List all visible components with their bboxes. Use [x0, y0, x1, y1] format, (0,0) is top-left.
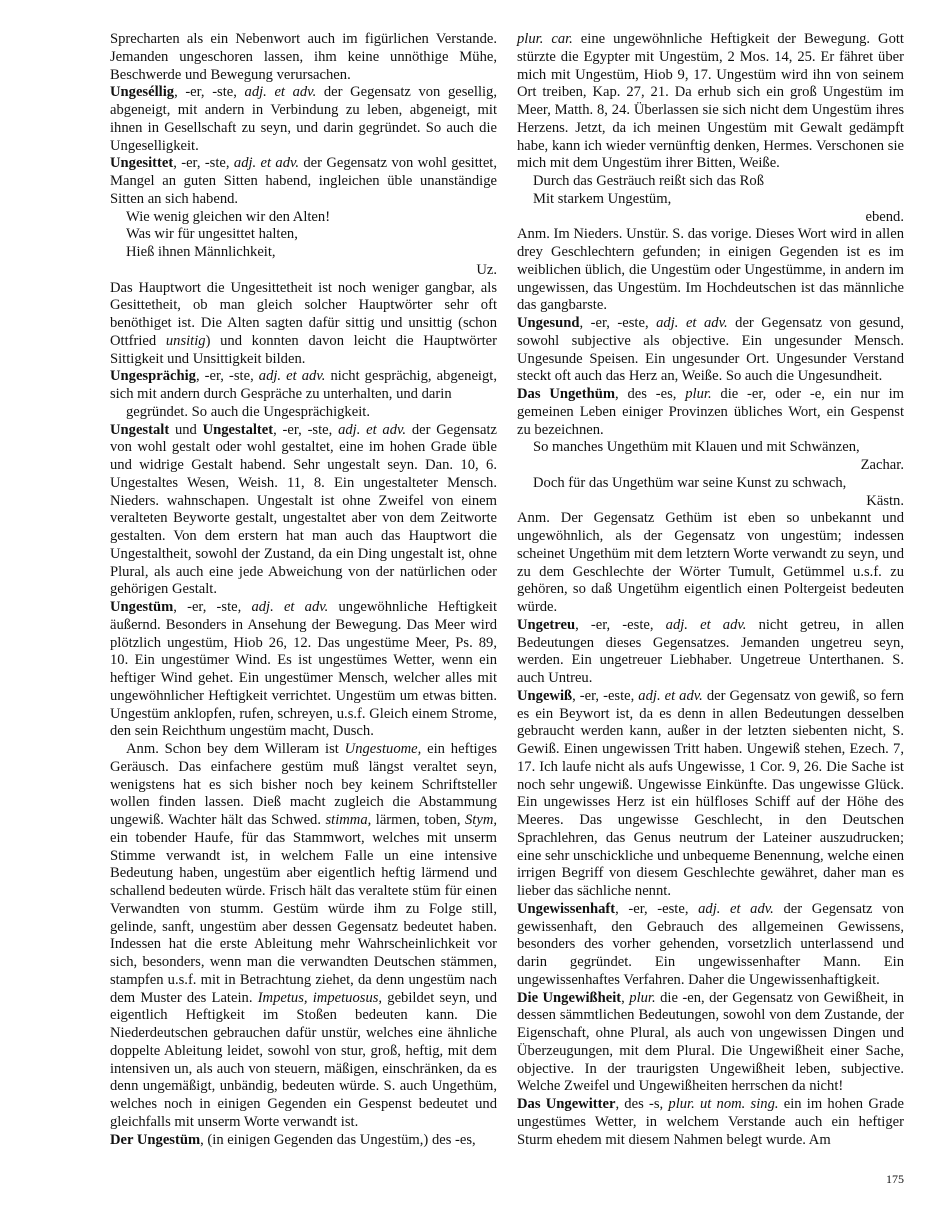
text-run: der Gegensatz von wohl gestalt oder wohl…	[110, 422, 497, 598]
italic-term: adj. et adv.	[259, 368, 326, 384]
body-paragraph: plur. car. eine ungewöhnliche Heftigkeit…	[517, 31, 904, 173]
text-run: , des -es,	[615, 386, 685, 402]
dictionary-entry: Der Ungestüm, (in einigen Gegenden das U…	[110, 1132, 497, 1150]
left-column: Sprecharten als ein Nebenwort auch im fi…	[110, 31, 497, 1149]
italic-term: adj. et adv.	[666, 617, 747, 633]
text-run: Mit starkem Ungestüm,	[533, 191, 671, 207]
headword: Das Ungethüm	[517, 386, 615, 402]
verse-line: Was wir für ungesittet halten,	[110, 226, 497, 244]
headword: Ungestüm	[110, 599, 173, 615]
dictionary-entry: Ungestüm, -er, -ste, adj. et adv. ungewö…	[110, 599, 497, 741]
italic-term: Stym,	[465, 812, 497, 828]
dictionary-entry: Die Ungewißheit, plur. die -en, der Gege…	[517, 990, 904, 1097]
text-run: ungewöhnliche Heftigkeit äußernd. Besond…	[110, 599, 497, 739]
text-run: Durch das Gesträuch reißt sich das Roß	[533, 173, 764, 189]
source-citation: ebend.	[517, 209, 904, 227]
dictionary-entry: Ungewissenhaft, -er, -este, adj. et adv.…	[517, 901, 904, 990]
text-run: , (in einigen Gegenden das Ungestüm,) de…	[200, 1132, 476, 1148]
text-run: Anm. Der Gegensatz Gethüm ist eben so un…	[517, 510, 904, 615]
italic-term: stimma,	[325, 812, 371, 828]
dictionary-entry: Ungesprächig, -er, -ste, adj. et adv. ni…	[110, 368, 497, 404]
text-run: , -er, -este,	[615, 901, 698, 917]
italic-term: adj. et adv.	[656, 315, 728, 331]
headword: Ungesittet	[110, 155, 173, 171]
text-run: Hieß ihnen Männlichkeit,	[126, 244, 276, 260]
text-run: , -er, -ste,	[196, 368, 259, 384]
text-run: der Gegensatz von gewiß, so fern es ein …	[517, 688, 904, 899]
text-run: , -er, -ste,	[273, 422, 338, 438]
source-citation: Zachar.	[517, 457, 904, 475]
dictionary-entry: Ungesund, -er, -este, adj. et adv. der G…	[517, 315, 904, 386]
source-citation: Kästn.	[517, 493, 904, 511]
dictionary-entry: Das Ungewitter, des -s, plur. ut nom. si…	[517, 1096, 904, 1149]
text-run: So manches Ungethüm mit Klauen und mit S…	[533, 439, 860, 455]
italic-term: Ungestuome,	[345, 741, 422, 757]
italic-term: plur. car.	[517, 31, 573, 47]
verse-line: Durch das Gesträuch reißt sich das Roß	[517, 173, 904, 191]
text-run: , -er, -ste,	[173, 155, 234, 171]
verse-line: Hieß ihnen Männlichkeit,	[110, 244, 497, 262]
headword: Der Ungestüm	[110, 1132, 200, 1148]
annotation-paragraph: Anm. Schon bey dem Willeram ist Ungestuo…	[110, 741, 497, 1132]
italic-term: plur. ut nom. sing.	[668, 1096, 778, 1112]
italic-term: adj. et adv.	[338, 422, 406, 438]
text-run: Kästn.	[866, 493, 904, 509]
text-run: , -er, -este,	[575, 617, 666, 633]
italic-term: adj. et adv.	[251, 599, 328, 615]
italic-term: adj. et adv.	[234, 155, 299, 171]
continuation-line: gegründet. So auch die Ungesprächigkeit.	[110, 404, 497, 422]
headword: Ungesprächig	[110, 368, 196, 384]
italic-term: unsitig	[166, 333, 206, 349]
dictionary-entry: Ungestalt und Ungestaltet, -er, -ste, ad…	[110, 422, 497, 600]
text-run: Anm. Im Nieders. Unstür. S. das vorige. …	[517, 226, 904, 313]
text-run: Was wir für ungesittet halten,	[126, 226, 298, 242]
verse-line: Mit starkem Ungestüm,	[517, 191, 904, 209]
text-run: , -er, -ste,	[174, 84, 244, 100]
verse-line: Wie wenig gleichen wir den Alten!	[110, 209, 497, 227]
text-run: Uz.	[476, 262, 497, 278]
verse-line: So manches Ungethüm mit Klauen und mit S…	[517, 439, 904, 457]
source-citation: Uz.	[110, 262, 497, 280]
italic-term: plur.	[685, 386, 711, 402]
italic-term: Impetus, impetuosus,	[258, 990, 382, 1006]
body-paragraph: Sprecharten als ein Nebenwort auch im fi…	[110, 31, 497, 84]
text-run: Doch für das Ungethüm war seine Kunst zu…	[533, 475, 846, 491]
text-run: und	[169, 422, 202, 438]
dictionary-page: Sprecharten als ein Nebenwort auch im fi…	[0, 0, 935, 1210]
text-run: ein tobender Haufe, für das Stammwort, w…	[110, 830, 497, 1006]
text-run: , des -s,	[615, 1096, 668, 1112]
dictionary-entry: Das Ungethüm, des -es, plur. die -er, od…	[517, 386, 904, 439]
body-paragraph: Das Hauptwort die Ungesittetheit ist noc…	[110, 280, 497, 369]
text-run: Anm. Schon bey dem Willeram ist	[126, 741, 345, 757]
page-number: 175	[870, 1172, 904, 1187]
text-run: , -er, -ste,	[173, 599, 251, 615]
right-column: plur. car. eine ungewöhnliche Heftigkeit…	[517, 31, 904, 1149]
body-paragraph: Anm. Im Nieders. Unstür. S. das vorige. …	[517, 226, 904, 315]
text-run: , -er, -este,	[579, 315, 656, 331]
dictionary-entry: Ungetreu, -er, -este, adj. et adv. nicht…	[517, 617, 904, 688]
italic-term: adj. et adv.	[245, 84, 317, 100]
text-run: gebildet seyn, und eigentlich Heftigkeit…	[110, 990, 497, 1130]
headword: Ungesund	[517, 315, 579, 331]
headword: Ungeséllig	[110, 84, 174, 100]
text-run: gegründet. So auch die Ungesprächigkeit.	[126, 404, 370, 420]
headword: Die Ungewißheit	[517, 990, 621, 1006]
headword: Ungestaltet	[203, 422, 274, 438]
dictionary-entry: Ungewiß, -er, -este, adj. et adv. der Ge…	[517, 688, 904, 901]
headword: Ungewiß	[517, 688, 572, 704]
text-run: Zachar.	[861, 457, 904, 473]
headword: Ungewissenhaft	[517, 901, 615, 917]
italic-term: adj. et adv.	[698, 901, 774, 917]
text-run: , -er, -este,	[572, 688, 638, 704]
italic-term: plur.	[629, 990, 655, 1006]
body-paragraph: Anm. Der Gegensatz Gethüm ist eben so un…	[517, 510, 904, 617]
verse-line: Doch für das Ungethüm war seine Kunst zu…	[517, 475, 904, 493]
headword: Ungetreu	[517, 617, 575, 633]
italic-term: adj. et adv.	[638, 688, 703, 704]
text-run: eine ungewöhnliche Heftigkeit der Bewegu…	[517, 31, 904, 171]
dictionary-entry: Ungeséllig, -er, -ste, adj. et adv. der …	[110, 84, 497, 155]
headword: Das Ungewitter	[517, 1096, 615, 1112]
dictionary-entry: Ungesittet, -er, -ste, adj. et adv. der …	[110, 155, 497, 208]
text-run: Sprecharten als ein Nebenwort auch im fi…	[110, 31, 497, 83]
text-run: Wie wenig gleichen wir den Alten!	[126, 209, 330, 225]
text-run: lärmen, toben,	[371, 812, 465, 828]
text-run: ebend.	[866, 209, 905, 225]
headword: Ungestalt	[110, 422, 169, 438]
